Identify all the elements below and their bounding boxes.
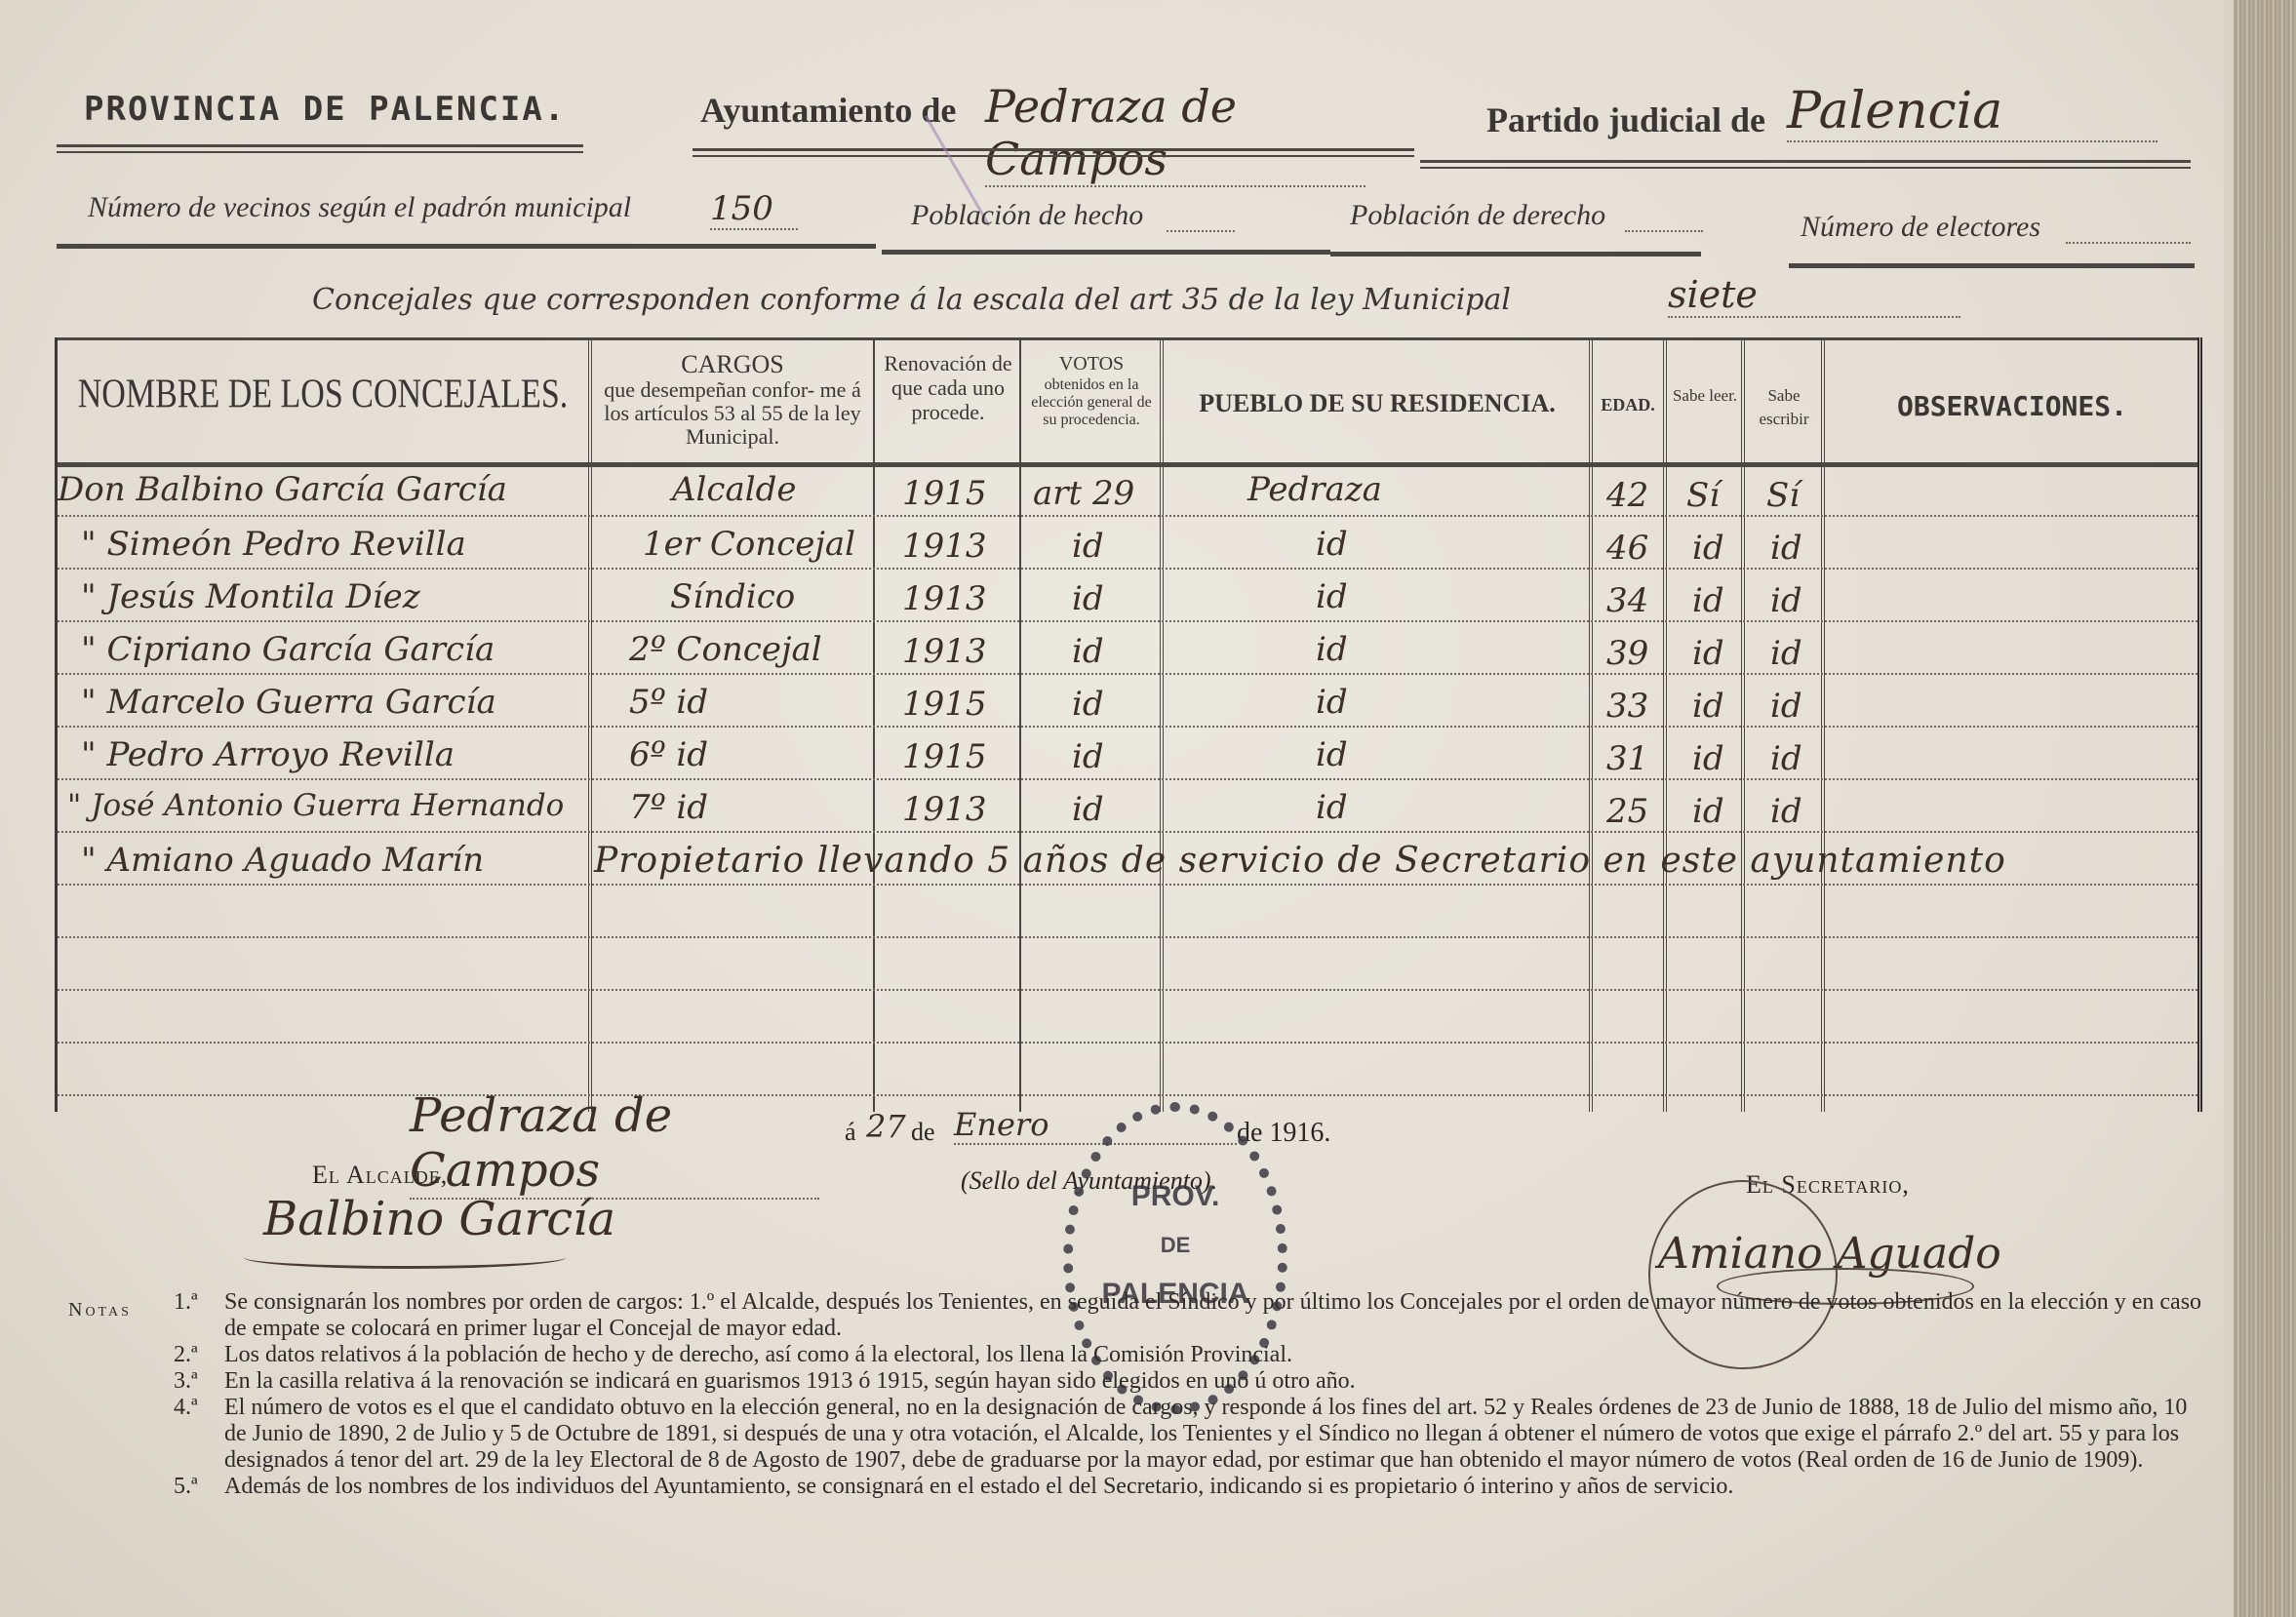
row-rule [58,778,2197,780]
header-renovacion: Renovación de que cada uno procede. [877,351,1019,424]
cell-votos: id [1072,632,1104,671]
cell-pueblo: id [1316,788,1348,827]
cell-renovacion: 1913 [902,632,987,671]
hecho-value [1167,201,1235,232]
row-rule [58,1042,2197,1044]
ayuntamiento-value: Pedraza de Campos [985,80,1366,187]
cell-nombre: " Pedro Arroyo Revilla [81,735,455,774]
cell-votos: id [1072,579,1104,618]
cell-pueblo: Pedraza [1247,470,1382,509]
cell-escribir: id [1770,792,1802,831]
footer-a-label: á [845,1118,856,1147]
cell-escribir: id [1770,687,1802,726]
derecho-value [1625,201,1703,232]
cell-nombre: " Marcelo Guerra García [81,683,496,722]
stamp-line: PROV. [1073,1180,1278,1213]
cell-pueblo: id [1316,630,1348,669]
derecho-label: Población de derecho [1350,199,1605,232]
col-divider [1589,337,1593,1112]
col-divider [1663,337,1667,1112]
cell-renovacion: 1915 [902,474,987,513]
note-item: 3.ªEn la casilla relativa á la renovació… [68,1368,2214,1395]
note-item: 4.ªEl número de votos es el que el candi… [68,1395,2214,1474]
cell-leer: id [1692,739,1724,778]
alcalde-label: El Alcalde, [312,1161,448,1190]
cell-cargo: 5º id [629,683,708,722]
cell-nombre: " Simeón Pedro Revilla [81,525,466,564]
vecinos-label: Número de vecinos según el padrón munici… [88,191,631,224]
alcalde-signature: Balbino García [263,1192,615,1246]
cell-renovacion: 1913 [902,579,987,618]
electores-value [2066,242,2191,244]
row-rule [58,568,2197,570]
table-header-rule [58,462,2197,467]
cell-pueblo: id [1316,577,1348,616]
cell-edad: 39 [1606,634,1648,673]
cell-votos: id [1072,737,1104,776]
divider [57,144,583,147]
note-number: 5.ª [174,1474,198,1500]
table-top-rule [58,337,2197,340]
cell-votos: id [1072,790,1104,829]
note-item: 5.ªAdemás de los nombres de los individu… [68,1474,2214,1500]
header-cargos-sub: que desempeñan confor- me á los artículo… [594,378,871,449]
header-nombre: NOMBRE DE LOS CONCEJALES. [58,372,588,417]
cell-renovacion: 1915 [902,737,987,776]
footer-de-label: de [911,1118,935,1147]
cell-escribir: id [1770,634,1802,673]
book-page-edges [2234,0,2296,1617]
cell-leer: id [1692,529,1724,568]
divider [57,244,876,249]
cell-renovacion: 1915 [902,685,987,724]
cell-nombre: " Jesús Montila Díez [81,577,420,616]
row-rule [58,936,2197,938]
cell-cargo: 2º Concejal [629,630,822,669]
header-leer: Sabe leer. [1669,384,1741,408]
col-divider [1741,337,1745,1112]
cell-renovacion: 1913 [902,790,987,829]
cell-nombre: " José Antonio Guerra Hernando [67,788,564,823]
document-page: PROVINCIA DE PALENCIA. Ayuntamiento de P… [0,0,2234,1617]
cell-leer: id [1692,687,1724,726]
header-observaciones: OBSERVACIONES. [1827,392,2197,422]
cell-leer: id [1692,792,1724,831]
cell-pueblo: id [1316,735,1348,774]
cell-edad: 34 [1606,581,1648,620]
header-votos-sub: obtenidos en la elección general de su p… [1025,376,1158,429]
row-rule [58,726,2197,728]
cell-pueblo: id [1316,683,1348,722]
row-rule [58,884,2197,886]
cell-cargo: Síndico [670,577,795,616]
cell-escribir: id [1770,529,1802,568]
electores-label: Número de electores [1801,211,2040,244]
col-divider [1160,337,1164,1112]
divider [882,250,1330,255]
concejales-value: siete [1668,273,1960,318]
notes-section: Notas 1.ªSe consignarán los nombres por … [68,1289,2214,1500]
cell-nombre: " Cipriano García García [81,630,495,669]
divider [1420,160,2191,163]
cell-leer: Sí [1686,476,1720,515]
cell-nombre: Don Balbino García García [58,470,507,509]
cell-renovacion: 1913 [902,527,987,566]
footer-place: Pedraza de Campos [410,1088,819,1200]
row-rule [58,515,2197,517]
note-text: Además de los nombres de los individuos … [224,1474,1733,1499]
cell-edad: 33 [1606,687,1648,726]
note-item: 2.ªLos datos relativos á la población de… [68,1342,2214,1368]
cell-votos: id [1072,527,1104,566]
signature-flourish [244,1246,566,1269]
cell-edad: 42 [1606,476,1648,515]
note-number: 3.ª [174,1368,198,1395]
cell-cargo: 1er Concejal [643,525,855,564]
cell-votos: id [1072,685,1104,724]
cell-edad: 46 [1606,529,1648,568]
note-number: 2.ª [174,1342,198,1368]
header-pueblo: PUEBLO DE SU RESIDENCIA. [1166,390,1589,418]
partido-value: Palencia [1787,82,2157,142]
divider [1330,252,1701,256]
cell-votos: art 29 [1033,474,1134,513]
header-votos-title: VOTOS [1023,353,1160,375]
row-rule [58,620,2197,622]
vecinos-value: 150 [710,189,798,230]
cell-pueblo: id [1316,525,1348,564]
province-title: PROVINCIA DE PALENCIA. [84,90,566,129]
cell-escribir: Sí [1766,476,1800,515]
concejales-label: Concejales que corresponden conforme á l… [312,283,1511,317]
cell-edad: 25 [1606,792,1648,831]
divider [693,148,1414,151]
note-text: Se consignarán los nombres por orden de … [224,1289,2201,1341]
col-divider [1821,337,1825,1112]
col-divider [873,337,875,1112]
note-text: El número de votos es el que el candidat… [224,1395,2187,1473]
cell-escribir: id [1770,581,1802,620]
footer-day: 27 [866,1108,906,1145]
note-number: 1.ª [174,1289,198,1316]
partido-label: Partido judicial de [1486,99,1765,140]
cell-cargo: Alcalde [672,470,797,509]
cell-cargo: 6º id [629,735,708,774]
concejales-table: NOMBRE DE LOS CONCEJALES. CARGOS que des… [55,337,2202,1112]
col-divider [1019,337,1021,1112]
cell-cargo: 7º id [629,788,708,827]
note-text: En la casilla relativa á la renovación s… [224,1368,1356,1394]
header-cargos-title: CARGOS [592,351,873,379]
cell-secretary-nombre: " Amiano Aguado Marín [81,841,484,880]
cell-leer: id [1692,634,1724,673]
note-item: 1.ªSe consignarán los nombres por orden … [68,1289,2214,1342]
cell-secretary-observacion: Propietario llevando 5 años de servicio … [594,841,2006,881]
cell-leer: id [1692,581,1724,620]
stamp-line: DE [1073,1233,1278,1258]
hecho-label: Población de hecho [911,199,1143,232]
row-rule [58,673,2197,675]
cell-escribir: id [1770,739,1802,778]
row-rule [58,1094,2197,1096]
header-edad: EDAD. [1593,396,1663,415]
ayuntamiento-label: Ayuntamiento de [700,90,956,131]
cell-edad: 31 [1606,739,1648,778]
note-text: Los datos relativos á la población de he… [224,1342,1292,1367]
note-number: 4.ª [174,1395,198,1421]
row-rule [58,989,2197,991]
header-escribir: Sabe escribir [1747,384,1821,431]
divider [1789,263,2195,268]
col-divider [588,337,592,1112]
row-rule [58,831,2197,833]
